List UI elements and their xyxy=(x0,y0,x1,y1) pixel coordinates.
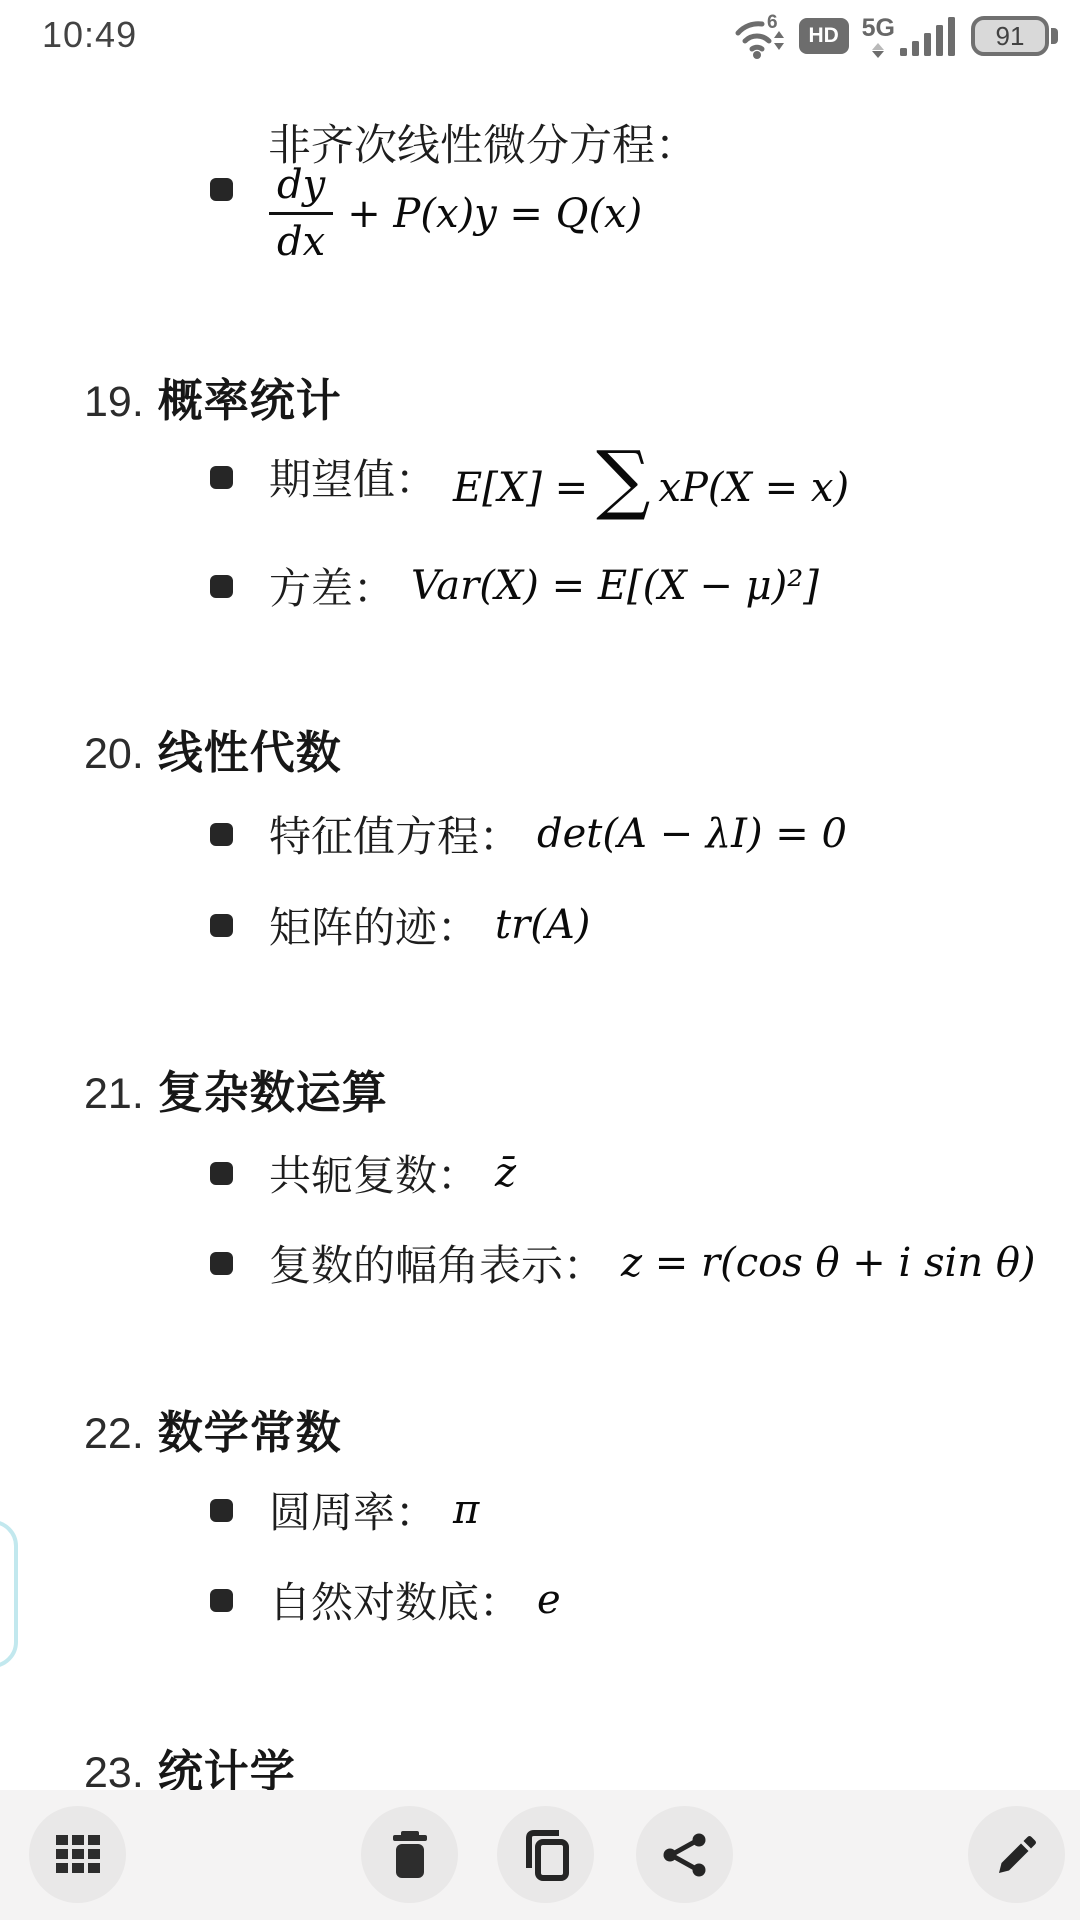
bullet-square-icon xyxy=(210,466,233,489)
battery-nub xyxy=(1051,28,1058,44)
copy-icon xyxy=(521,1828,571,1882)
section-header: 19. 概率统计 xyxy=(84,364,342,429)
formula-differential-equation: dy dx + P(x)y = Q(x) xyxy=(269,162,642,265)
section-number: 20. xyxy=(84,730,144,779)
edge-swipe-handle[interactable] xyxy=(0,1520,18,1668)
fraction-denominator: dx xyxy=(269,215,333,265)
section-header: 20. 线性代数 xyxy=(84,716,342,781)
list-item-label: 期望值： xyxy=(269,447,437,507)
section-title: 复杂数运算 xyxy=(158,1056,388,1121)
hd-badge: HD xyxy=(799,18,849,54)
bottom-toolbar xyxy=(0,1790,1080,1920)
bullet-square-icon xyxy=(210,1252,233,1275)
bullet-square-icon xyxy=(210,1162,233,1185)
bullet-square-icon xyxy=(210,178,233,201)
formula-conjugate: z̄ xyxy=(495,1150,516,1196)
apps-grid-icon xyxy=(55,1833,101,1877)
list-item: 特征值方程： det(A − λI) = 0 xyxy=(210,804,847,864)
section-number: 22. xyxy=(84,1410,144,1459)
phone-screen: 10:49 6 HD 5G xyxy=(0,0,1080,1920)
section-number: 21. xyxy=(84,1070,144,1119)
list-item: dy dx + P(x)y = Q(x) xyxy=(210,162,642,265)
clock: 10:49 xyxy=(42,14,137,56)
fraction: dy dx xyxy=(269,162,333,265)
bullet-square-icon xyxy=(210,1499,233,1522)
list-item-label: 共轭复数： xyxy=(269,1143,479,1203)
apps-grid-button[interactable] xyxy=(29,1806,126,1903)
sum-symbol: ∑ xyxy=(596,434,650,523)
list-item: 方差： Var(X) = E[(X − μ)²] xyxy=(210,556,819,616)
battery-icon: 91 xyxy=(971,16,1058,56)
section-title: 概率统计 xyxy=(158,364,342,429)
status-bar: 10:49 6 HD 5G xyxy=(0,0,1080,72)
formula-variance: Var(X) = E[(X − μ)²] xyxy=(411,563,819,609)
cellular-signal: 5G xyxy=(862,14,958,58)
formula-pi: π xyxy=(453,1487,479,1533)
share-button[interactable] xyxy=(636,1806,733,1903)
network-type-label: 5G xyxy=(862,16,895,41)
trash-icon xyxy=(389,1831,431,1879)
edit-pencil-icon xyxy=(994,1832,1040,1878)
signal-bars-icon xyxy=(900,14,958,58)
copy-button[interactable] xyxy=(497,1806,594,1903)
list-item: 共轭复数： z̄ xyxy=(210,1143,516,1203)
data-activity-arrows xyxy=(872,43,884,58)
formula-eigenvalue: det(A − λI) = 0 xyxy=(537,811,847,857)
formula-expected-value: E[X] =∑xP(X = x) xyxy=(453,443,849,511)
bullet-square-icon xyxy=(210,1589,233,1612)
list-item: 复数的幅角表示： z = r(cos θ + i sin θ) xyxy=(210,1233,1036,1293)
section-header: 21. 复杂数运算 xyxy=(84,1056,388,1121)
list-item: 自然对数底： e xyxy=(210,1570,561,1630)
list-item-label: 特征值方程： xyxy=(269,804,521,864)
wifi-icon: 6 xyxy=(734,12,786,60)
svg-text:6: 6 xyxy=(767,12,778,33)
list-item-label: 自然对数底： xyxy=(269,1570,521,1630)
list-item: 期望值： E[X] =∑xP(X = x) xyxy=(210,443,849,511)
bullet-square-icon xyxy=(210,823,233,846)
list-item: 矩阵的迹： tr(A) xyxy=(210,895,590,955)
bullet-square-icon xyxy=(210,914,233,937)
edit-button[interactable] xyxy=(968,1806,1065,1903)
section-number: 19. xyxy=(84,378,144,427)
delete-button[interactable] xyxy=(361,1806,458,1903)
formula-polar-form: z = r(cos θ + i sin θ) xyxy=(621,1240,1036,1286)
list-item-label: 方差： xyxy=(269,556,395,616)
battery-percent: 91 xyxy=(996,21,1025,52)
list-item-label: 复数的幅角表示： xyxy=(269,1233,605,1293)
section-title: 线性代数 xyxy=(158,716,342,781)
fraction-numerator: dy xyxy=(269,162,333,215)
share-icon xyxy=(662,1832,708,1878)
list-item-label: 圆周率： xyxy=(269,1480,437,1540)
formula-e: e xyxy=(537,1577,561,1623)
status-icons: 6 HD 5G xyxy=(734,0,1058,72)
list-item: 圆周率： π xyxy=(210,1480,479,1540)
list-item-label: 矩阵的迹： xyxy=(269,895,479,955)
section-header: 22. 数学常数 xyxy=(84,1396,342,1461)
bullet-square-icon xyxy=(210,575,233,598)
section-title: 数学常数 xyxy=(158,1396,342,1461)
formula-trace: tr(A) xyxy=(495,902,590,948)
formula-rest: + P(x)y = Q(x) xyxy=(347,191,642,237)
note-content: 非齐次线性微分方程： dy dx + P(x)y = Q(x) 19. 概率统计… xyxy=(0,72,1080,1790)
